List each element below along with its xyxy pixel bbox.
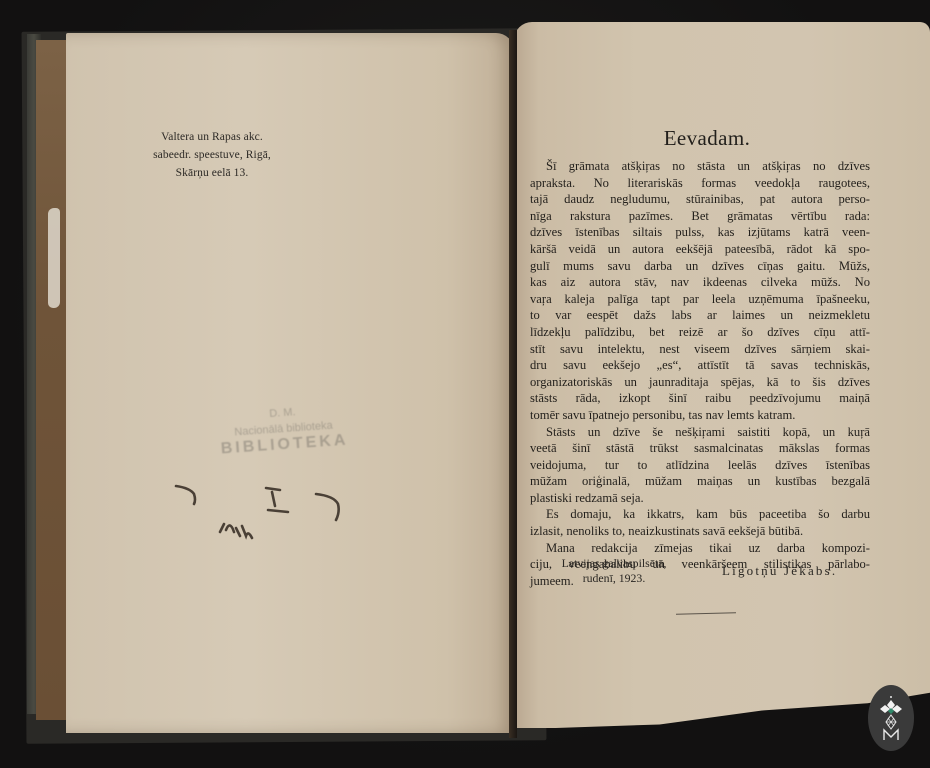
text-line: Šī grāmata atšķiŗas no stāsta un atšķiŗa… xyxy=(530,158,870,175)
book-gutter xyxy=(509,30,517,738)
imprint-line: Skārņu eelā 13. xyxy=(128,164,296,182)
foreword-text: Eevadam. Šī grāmata atšķiŗas no stāsta u… xyxy=(530,126,870,589)
page-title: Eevadam. xyxy=(530,126,870,151)
paragraph-1: Šī grāmata atšķiŗas no stāsta un atšķiŗa… xyxy=(530,158,870,424)
text-line: veidojuma, tur to atlīdzina leelās dzīve… xyxy=(530,457,870,474)
text-line: Mana redakcija zīmejas tikai uz darba ko… xyxy=(530,540,870,557)
author-signature: Līgotņu Jēkabs. xyxy=(722,563,837,579)
handwritten-shelfmark-icon xyxy=(168,480,348,560)
text-line: plastiski redzamā seja. xyxy=(530,490,870,507)
text-line: līdzekļu palīdzibu, bet reizē ar šo dzīv… xyxy=(530,324,870,341)
text-line: kas aiz autora stāv, nav ikdeenas cilvek… xyxy=(530,274,870,291)
imprint-line: sabeedr. speestuve, Rigā, xyxy=(128,146,296,164)
watermark-badge xyxy=(868,685,914,751)
endpaper-tear-mark xyxy=(48,208,60,308)
text-line: to var eespēt dažs labs ar laimes un nei… xyxy=(530,307,870,324)
text-line: nīga rakstura pazīmes. Bet grāmatas vērt… xyxy=(530,208,870,225)
text-line: tajā daudz negludumu, stūrainibas, pat a… xyxy=(530,191,870,208)
text-line: dzīves īstenības siltais pulss, kas izjū… xyxy=(530,224,870,241)
text-line: gulī mums savu darba un dzīves cīņas gai… xyxy=(530,258,870,275)
folk-ornament-logo-icon xyxy=(876,694,906,742)
text-line: apraksta. No literariskās formas veedokļ… xyxy=(530,175,870,192)
paragraph-2: Stāsts un dzīve še nešķiŗami saistiti ko… xyxy=(530,424,870,507)
text-line: stīt savu intelektu, nest viseem dzīves … xyxy=(530,341,870,358)
place-and-date: Latvijas galvaspilsētā, rudenī, 1923. xyxy=(544,556,684,586)
text-line: organizatoriskās un jaunraditaja spējas,… xyxy=(530,374,870,391)
paragraph-3: Es domaju, ka ikkatrs, kam būs paceetiba… xyxy=(530,506,870,539)
text-line: kāršā veidā un autora eekšējā pateesībā,… xyxy=(530,241,870,258)
text-line: veetā šinī stāstā trūkst sasmalcinatas m… xyxy=(530,440,870,457)
text-line: tomēr savu īpatnejo personibu, tas nav l… xyxy=(530,407,870,424)
text-line: vaŗa kaleja palīga tapt par leela uzņēmu… xyxy=(530,291,870,308)
text-line: mūžam oriģinalā, mūžam maiņas un kustība… xyxy=(530,473,870,490)
printer-imprint: Valtera un Rapas akc. sabeedr. speestuve… xyxy=(128,128,296,182)
imprint-line: Valtera un Rapas akc. xyxy=(128,128,296,146)
date-line: rudenī, 1923. xyxy=(544,571,684,586)
text-line: izlasit, nenoliks to, neaizkustinats sav… xyxy=(530,523,870,540)
text-line: stāsts rāda, izkopt šinī raibu peedzīvoj… xyxy=(530,390,870,407)
text-line: Stāsts un dzīve še nešķiŗami saistiti ko… xyxy=(530,424,870,441)
text-line: dru savu eekšejo „es“, attīstīt tā savas… xyxy=(530,357,870,374)
place-line: Latvijas galvaspilsētā, xyxy=(544,556,684,571)
text-line: Es domaju, ka ikkatrs, kam būs paceetiba… xyxy=(530,506,870,523)
